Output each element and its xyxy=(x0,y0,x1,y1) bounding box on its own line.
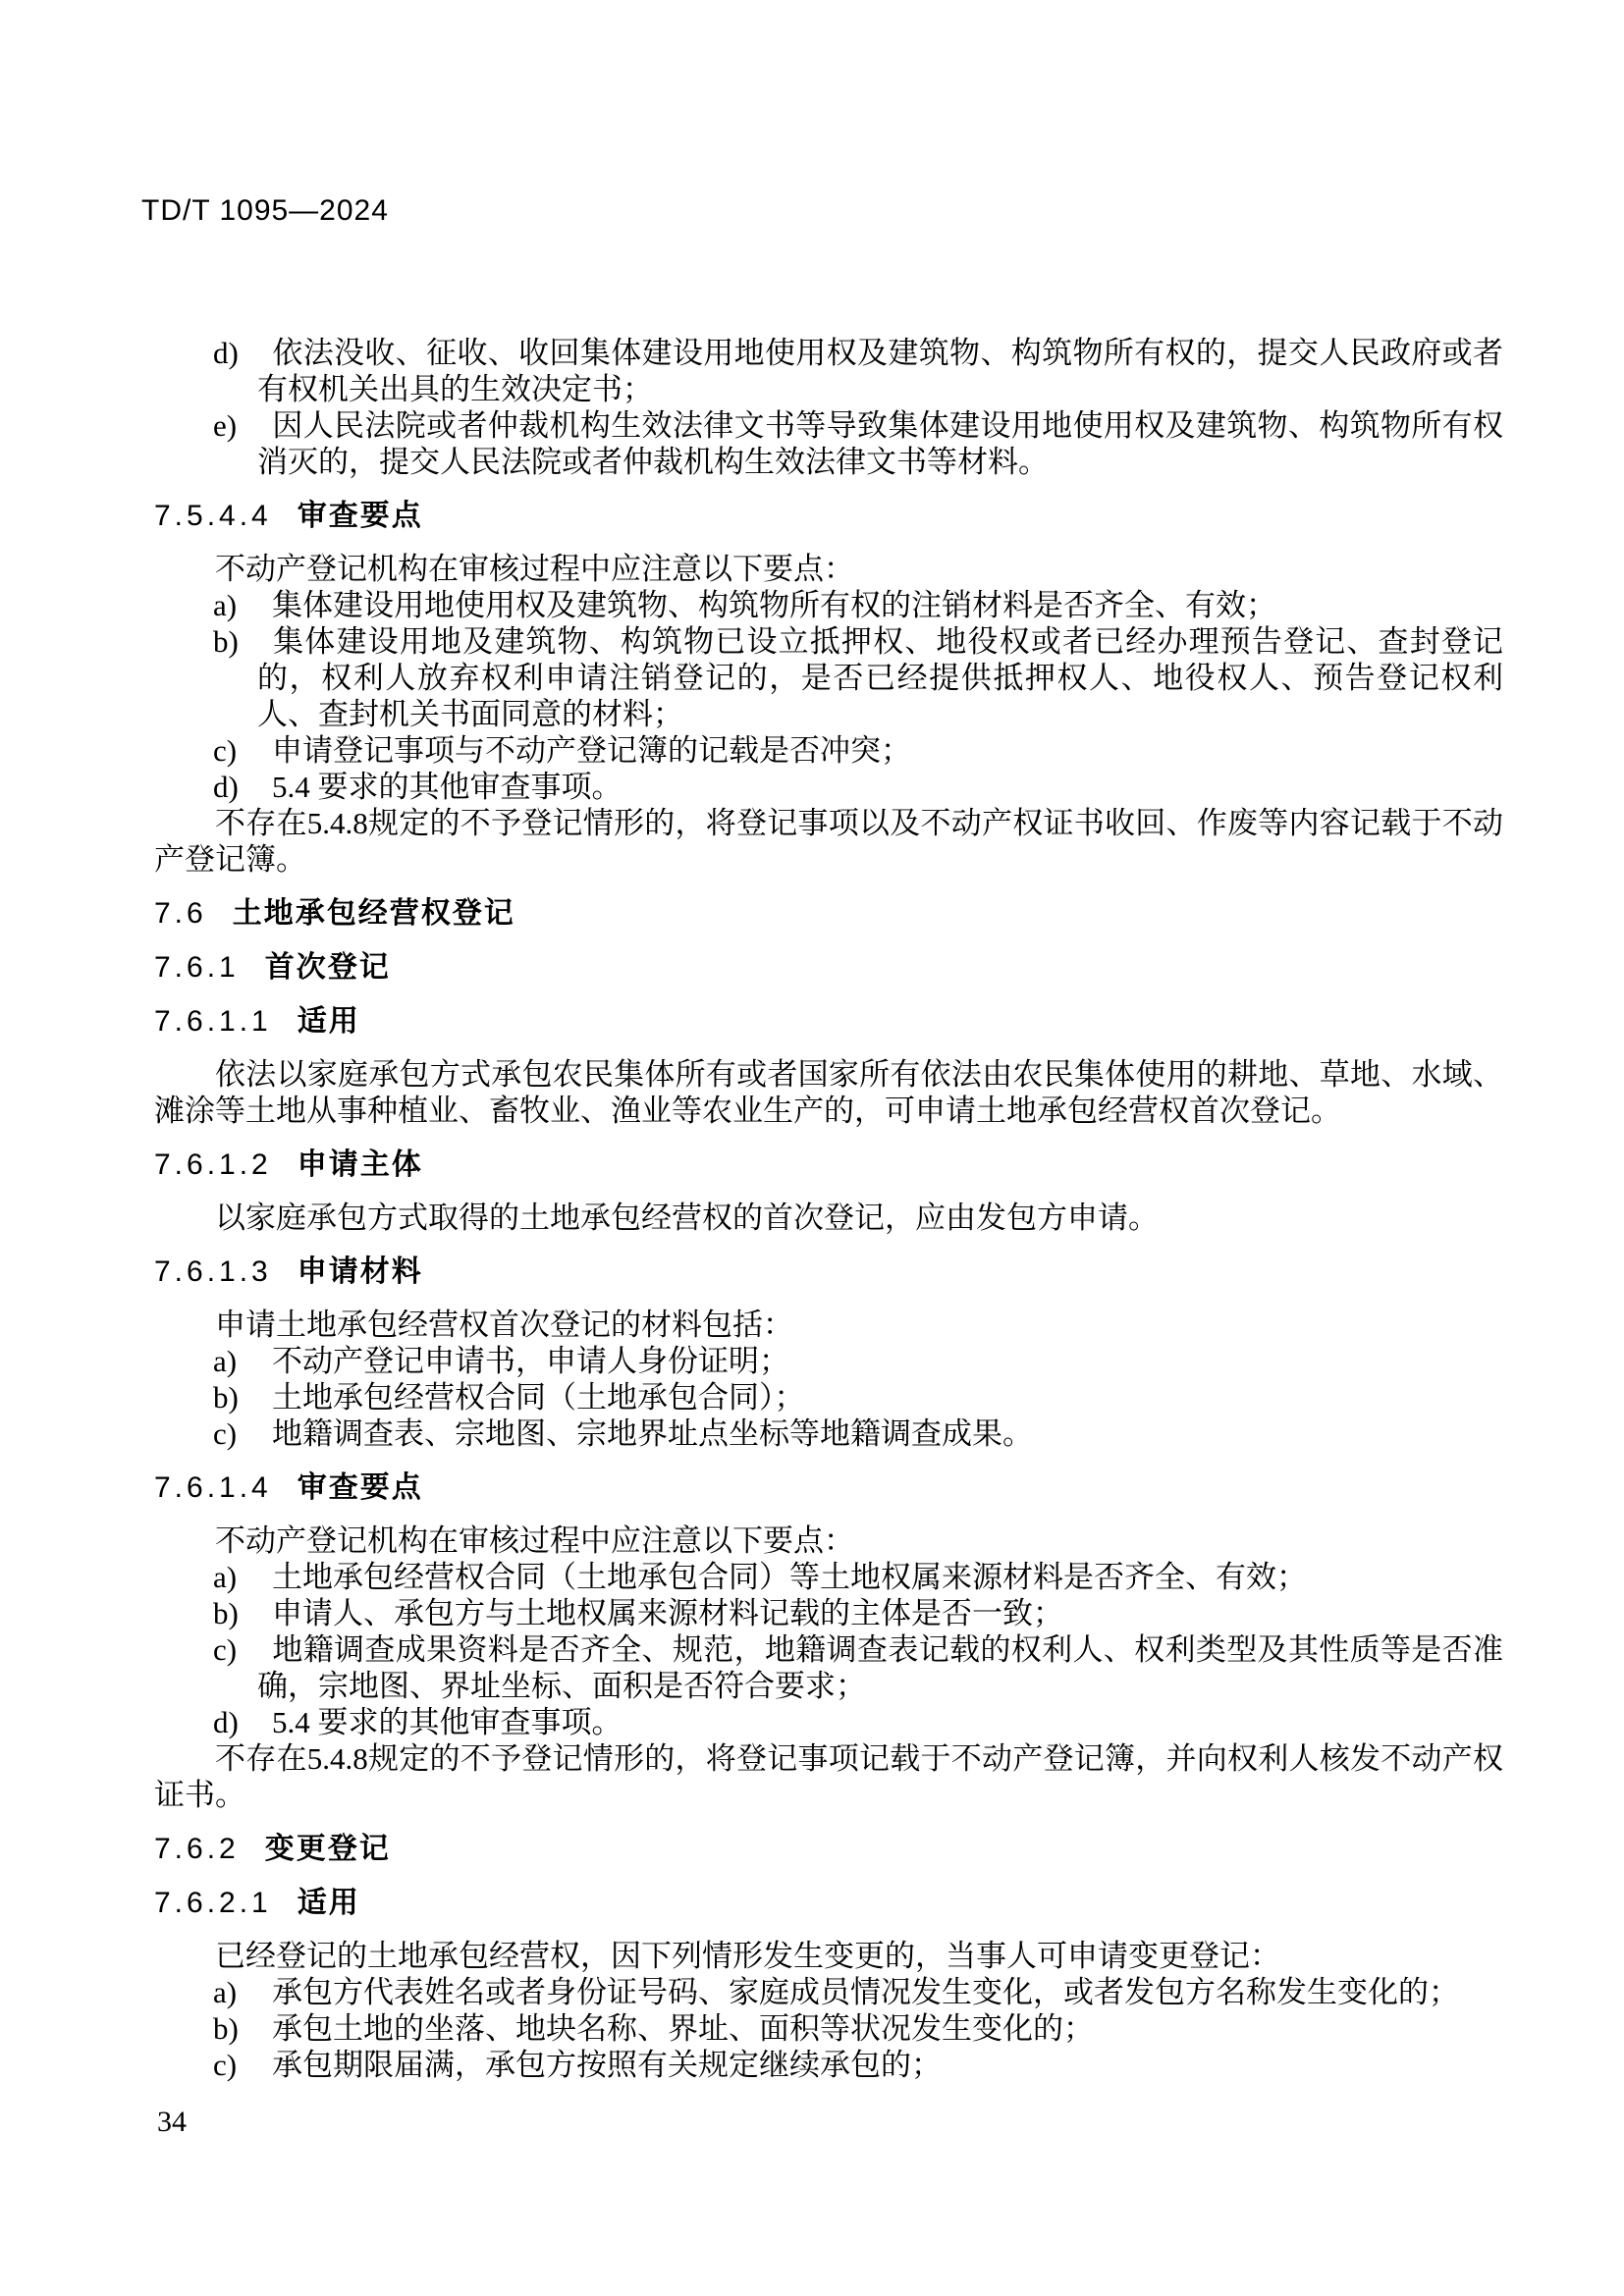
list-item-text: 承包土地的坐落、地块名称、界址、面积等状况发生变化的； xyxy=(272,2011,1094,2046)
lettered-list: a)土地承包经营权合同（土地承包合同）等土地权属来源材料是否齐全、有效；b)申请… xyxy=(154,1559,1503,1740)
section-heading: 7.6.2变更登记 xyxy=(154,1831,1503,1867)
lettered-list: d)依法没收、征收、收回集体建设用地使用权及建筑物、构筑物所有权的，提交人民政府… xyxy=(154,335,1503,480)
list-item-text: 集体建设用地及建筑物、构筑物已设立抵押权、地役权或者已经办理预告登记、查封登记的… xyxy=(257,624,1503,731)
section-number: 7.6.1 xyxy=(154,951,240,984)
list-item: a)土地承包经营权合同（土地承包合同）等土地权属来源材料是否齐全、有效； xyxy=(154,1559,1503,1595)
paragraph: 不动产登记机构在审核过程中应注意以下要点： xyxy=(154,1522,1503,1559)
list-item-text: 承包期限届满，承包方按照有关规定继续承包的； xyxy=(272,2048,942,2082)
list-item-letter: a) xyxy=(213,1974,272,2010)
list-item: b)土地承包经营权合同（土地承包合同）； xyxy=(154,1379,1503,1415)
paragraph: 不动产登记机构在审核过程中应注意以下要点： xyxy=(154,551,1503,587)
list-item-text: 5.4 要求的其他审查事项。 xyxy=(272,1705,623,1739)
section-number: 7.6 xyxy=(154,897,207,930)
section-title: 审查要点 xyxy=(298,500,423,532)
list-item-text: 申请登记事项与不动产登记簿的记载是否冲突； xyxy=(272,733,911,768)
section-number: 7.6.2.1 xyxy=(154,1887,272,1919)
section-heading: 7.6.2.1适用 xyxy=(154,1885,1503,1921)
list-item-text: 地籍调查表、宗地图、宗地界址点坐标等地籍调查成果。 xyxy=(272,1416,1033,1451)
section-number: 7.6.1.2 xyxy=(154,1148,272,1181)
lettered-list: a)不动产登记申请书，申请人身份证明；b)土地承包经营权合同（土地承包合同）；c… xyxy=(154,1343,1503,1452)
list-item-letter: a) xyxy=(213,1343,272,1379)
lettered-list: a)承包方代表姓名或者身份证号码、家庭成员情况发生变化，或者发包方名称发生变化的… xyxy=(154,1974,1503,2083)
section-heading: 7.6.1首次登记 xyxy=(154,949,1503,986)
list-item: a)承包方代表姓名或者身份证号码、家庭成员情况发生变化，或者发包方名称发生变化的… xyxy=(154,1974,1503,2010)
section-number: 7.6.1.1 xyxy=(154,1005,272,1038)
list-item-letter: c) xyxy=(213,732,272,769)
list-item: d)5.4 要求的其他审查事项。 xyxy=(154,769,1503,805)
section-heading: 7.6.1.4审查要点 xyxy=(154,1469,1503,1506)
section-title: 审查要点 xyxy=(298,1471,423,1504)
section-heading: 7.6.1.2申请主体 xyxy=(154,1147,1503,1183)
section-title: 申请主体 xyxy=(298,1148,423,1181)
list-item-letter: b) xyxy=(213,623,272,660)
list-item-letter: d) xyxy=(213,335,272,371)
lettered-list: a)集体建设用地使用权及建筑物、构筑物所有权的注销材料是否齐全、有效；b)集体建… xyxy=(154,587,1503,805)
list-item-letter: b) xyxy=(213,1595,272,1631)
list-item: c)地籍调查成果资料是否齐全、规范，地籍调查表记载的权利人、权利类型及其性质等是… xyxy=(154,1631,1503,1704)
list-item: c)申请登记事项与不动产登记簿的记载是否冲突； xyxy=(154,732,1503,769)
list-item: a)集体建设用地使用权及建筑物、构筑物所有权的注销材料是否齐全、有效； xyxy=(154,587,1503,623)
section-number: 7.5.4.4 xyxy=(154,500,272,532)
list-item: b)集体建设用地及建筑物、构筑物已设立抵押权、地役权或者已经办理预告登记、查封登… xyxy=(154,623,1503,732)
list-item-text: 集体建设用地使用权及建筑物、构筑物所有权的注销材料是否齐全、有效； xyxy=(272,588,1276,622)
document-content: d)依法没收、征收、收回集体建设用地使用权及建筑物、构筑物所有权的，提交人民政府… xyxy=(154,335,1503,2083)
list-item-text: 依法没收、征收、收回集体建设用地使用权及建筑物、构筑物所有权的，提交人民政府或者… xyxy=(257,336,1503,406)
paragraph: 申请土地承包经营权首次登记的材料包括： xyxy=(154,1307,1503,1343)
section-title: 首次登记 xyxy=(265,951,391,984)
list-item: c)承包期限届满，承包方按照有关规定继续承包的； xyxy=(154,2047,1503,2083)
list-item: c)地籍调查表、宗地图、宗地界址点坐标等地籍调查成果。 xyxy=(154,1415,1503,1452)
section-title: 土地承包经营权登记 xyxy=(233,897,515,930)
section-title: 适用 xyxy=(298,1887,360,1919)
document-page: TD/T 1095—2024 d)依法没收、征收、收回集体建设用地使用权及建筑物… xyxy=(0,0,1624,2296)
list-item-letter: a) xyxy=(213,587,272,623)
list-item-text: 不动产登记申请书，申请人身份证明； xyxy=(272,1344,789,1378)
paragraph: 依法以家庭承包方式承包农民集体所有或者国家所有依法由农民集体使用的耕地、草地、水… xyxy=(154,1056,1503,1129)
list-item-letter: b) xyxy=(213,2010,272,2047)
list-item-letter: e) xyxy=(213,407,272,444)
section-heading: 7.5.4.4审查要点 xyxy=(154,498,1503,534)
list-item: a)不动产登记申请书，申请人身份证明； xyxy=(154,1343,1503,1379)
paragraph: 已经登记的土地承包经营权，因下列情形发生变更的，当事人可申请变更登记： xyxy=(154,1938,1503,1974)
section-heading: 7.6.1.3申请材料 xyxy=(154,1254,1503,1290)
section-number: 7.6.1.3 xyxy=(154,1255,272,1288)
list-item-letter: a) xyxy=(213,1559,272,1595)
list-item: b)申请人、承包方与土地权属来源材料记载的主体是否一致； xyxy=(154,1595,1503,1631)
section-title: 申请材料 xyxy=(298,1255,423,1288)
list-item-letter: b) xyxy=(213,1379,272,1415)
list-item-text: 地籍调查成果资料是否齐全、规范，地籍调查表记载的权利人、权利类型及其性质等是否准… xyxy=(257,1632,1503,1703)
list-item-text: 土地承包经营权合同（土地承包合同）等土地权属来源材料是否齐全、有效； xyxy=(272,1560,1307,1594)
list-item-letter: c) xyxy=(213,1415,272,1452)
paragraph: 不存在5.4.8规定的不予登记情形的，将登记事项记载于不动产登记簿，并向权利人核… xyxy=(154,1740,1503,1813)
paragraph: 不存在5.4.8规定的不予登记情形的，将登记事项以及不动产权证书收回、作废等内容… xyxy=(154,805,1503,878)
list-item: e)因人民法院或者仲裁机构生效法律文书等导致集体建设用地使用权及建筑物、构筑物所… xyxy=(154,407,1503,480)
section-heading: 7.6.1.1适用 xyxy=(154,1003,1503,1040)
list-item-letter: d) xyxy=(213,769,272,805)
list-item-text: 因人民法院或者仲裁机构生效法律文书等导致集体建设用地使用权及建筑物、构筑物所有权… xyxy=(257,408,1503,479)
list-item-text: 承包方代表姓名或者身份证号码、家庭成员情况发生变化，或者发包方名称发生变化的； xyxy=(272,1975,1459,2009)
section-title: 变更登记 xyxy=(265,1833,391,1865)
section-number: 7.6.2 xyxy=(154,1833,240,1865)
list-item: d)依法没收、征收、收回集体建设用地使用权及建筑物、构筑物所有权的，提交人民政府… xyxy=(154,335,1503,407)
list-item-text: 申请人、承包方与土地权属来源材料记载的主体是否一致； xyxy=(272,1596,1063,1630)
list-item-text: 5.4 要求的其他审查事项。 xyxy=(272,770,623,804)
section-title: 适用 xyxy=(298,1005,360,1038)
list-item-text: 土地承包经营权合同（土地承包合同）； xyxy=(272,1380,805,1415)
paragraph: 以家庭承包方式取得的土地承包经营权的首次登记，应由发包方申请。 xyxy=(154,1200,1503,1236)
list-item-letter: d) xyxy=(213,1704,272,1740)
section-heading: 7.6土地承包经营权登记 xyxy=(154,895,1503,932)
section-number: 7.6.1.4 xyxy=(154,1471,272,1504)
list-item-letter: c) xyxy=(213,1631,272,1668)
page-number: 34 xyxy=(157,2105,187,2140)
list-item: b)承包土地的坐落、地块名称、界址、面积等状况发生变化的； xyxy=(154,2010,1503,2047)
list-item-letter: c) xyxy=(213,2047,272,2083)
list-item: d)5.4 要求的其他审查事项。 xyxy=(154,1704,1503,1740)
standard-code-header: TD/T 1095—2024 xyxy=(141,194,389,228)
